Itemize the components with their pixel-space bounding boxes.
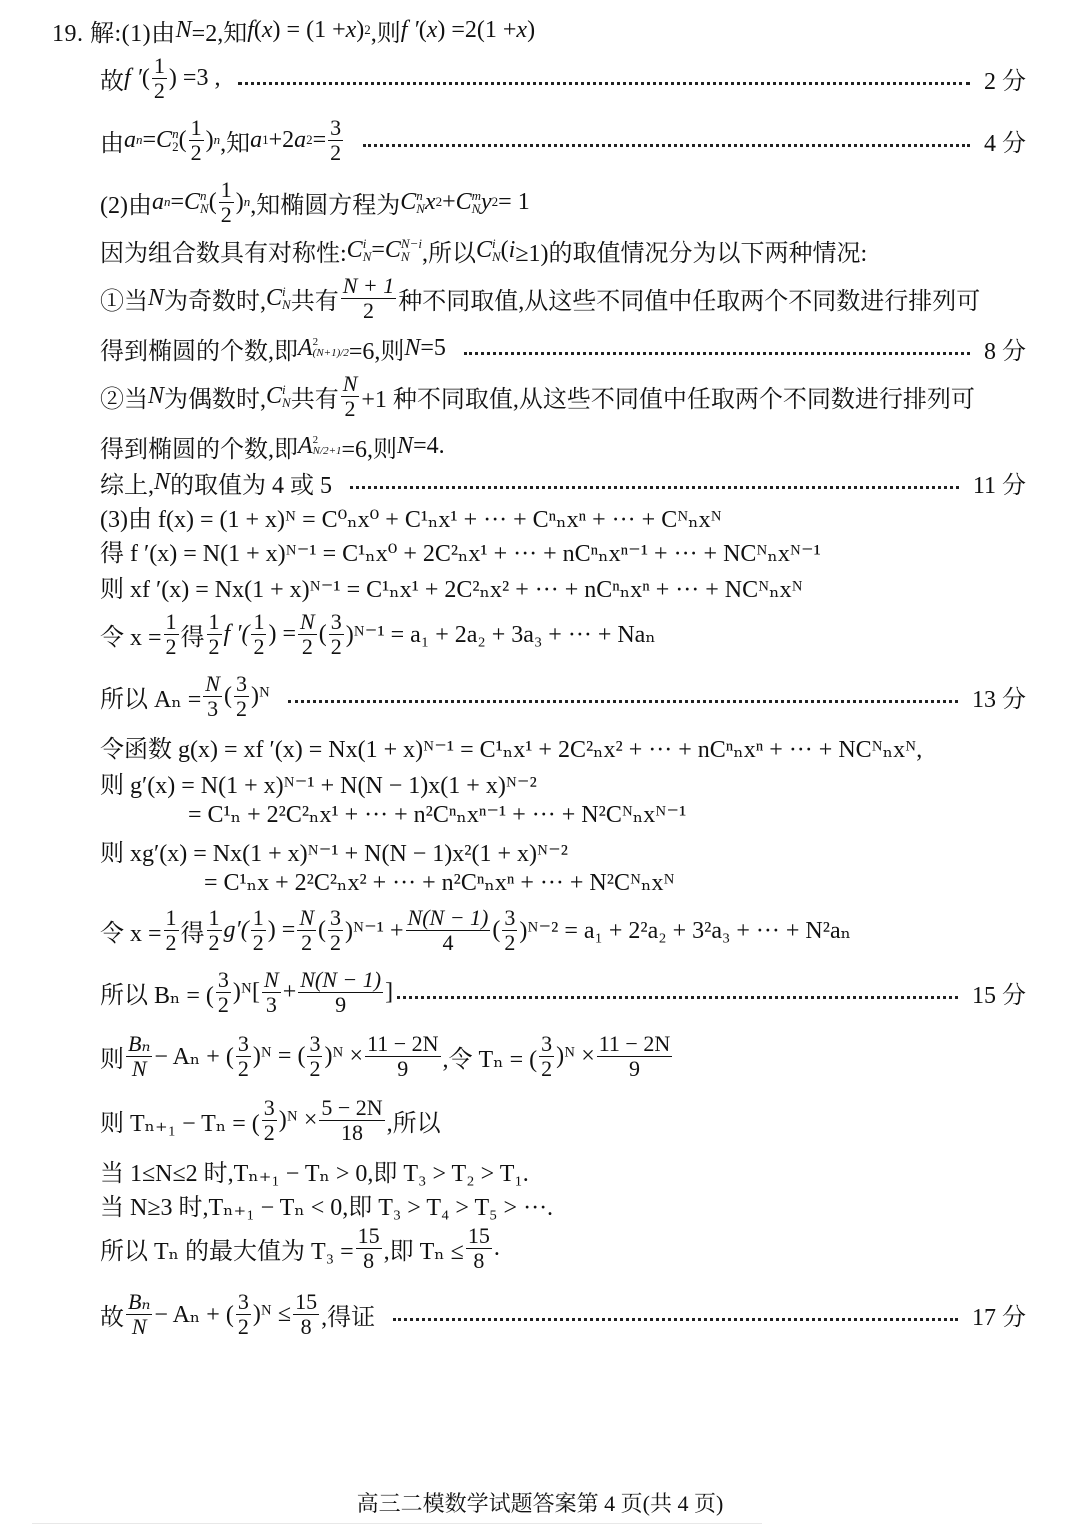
score-label: 17 分	[972, 1297, 1026, 1332]
line-text: (	[179, 127, 187, 154]
line-text: +	[442, 189, 456, 216]
line-text: 19. 解:(1)由	[52, 13, 176, 48]
var-N: N	[148, 285, 164, 312]
fraction: 32	[236, 1290, 251, 1337]
formula-text: 当 1≤N≤2 时,Tₙ₊₁ − Tₙ > 0,即 T₃ > T₂ > T₁.	[100, 1153, 529, 1188]
var-x: x	[425, 189, 436, 216]
line-text: ,所以	[422, 233, 476, 268]
line-text: 得到椭圆的个数,即	[100, 331, 298, 366]
line-text: ≥1)的取值情况分为以下两种情况:	[515, 233, 867, 268]
fraction: 32	[328, 116, 343, 163]
sup-sub-stack: nN	[416, 189, 425, 215]
line-text: 得到椭圆的个数,即	[100, 429, 298, 464]
line-text: ②当	[100, 379, 148, 414]
fraction: 11 − 2N9	[365, 1032, 440, 1079]
line-text: − Aₙ + (	[154, 1042, 233, 1071]
line-text: =6,则	[342, 429, 398, 464]
line-text: =	[371, 237, 385, 264]
var-C: C	[184, 189, 200, 216]
solution-line-28: 故 BₙN − Aₙ + ( 32 )ᴺ ≤ 158 ,得证 17 分	[100, 1294, 1026, 1334]
var-N: N	[176, 17, 192, 44]
line-text: 共有	[291, 379, 339, 414]
line-text: 所以 Bₙ = (	[100, 975, 214, 1010]
var-f-prime: f ′	[401, 17, 419, 44]
dot-leader	[350, 484, 959, 489]
var-C: C	[347, 237, 363, 264]
fraction: BₙN	[126, 1032, 152, 1079]
subscript: N	[416, 202, 425, 215]
formula-text: 当 N≥3 时,Tₙ₊₁ − Tₙ < 0,即 T₃ > T₄ > T₅ > ·…	[100, 1187, 553, 1222]
solution-line-7: 得到椭圆的个数,即 A2(N+1)/2 =6,则 N =5 8 分	[100, 328, 1026, 368]
line-text: 令 x =	[100, 617, 162, 652]
fraction: 12	[251, 610, 266, 657]
line-text: = 1	[498, 189, 530, 216]
line-text: ) =3 ,	[169, 65, 221, 92]
solution-line-22: 所以 Bₙ = ( 32 )ᴺ[ N3 + N(N − 1)9 ] 15 分	[100, 972, 1026, 1012]
var-f: f	[247, 17, 254, 44]
line-text: (2)由	[100, 185, 152, 220]
score-label: 15 分	[972, 975, 1026, 1010]
line-text: 所以 Tₙ 的最大值为 T₃ =	[100, 1231, 354, 1266]
fraction: N3	[262, 968, 281, 1015]
line-text: ) = (1 +	[273, 17, 346, 44]
fraction: 32	[328, 906, 343, 953]
formula-text: = C¹ₙ + 2²C²ₙx¹ + ··· + n²Cⁿₙxⁿ⁻¹ + ··· …	[188, 800, 686, 829]
fraction: 12	[189, 116, 204, 163]
solution-line-26: 当 N≥3 时,Tₙ₊₁ − Tₙ < 0,即 T₃ > T₄ > T₅ > ·…	[100, 1184, 553, 1224]
solution-line-27: 所以 Tₙ 的最大值为 T₃ = 158 ,即 Tₙ ≤ 158 .	[100, 1228, 500, 1268]
line-text: .	[494, 1235, 500, 1262]
line-text: (	[224, 683, 232, 710]
dot-leader	[464, 350, 970, 355]
line-text: 所以 Aₙ =	[100, 679, 201, 714]
dot-leader	[393, 1316, 958, 1321]
fraction: 32	[329, 610, 344, 657]
var-C: C	[385, 237, 401, 264]
var-C: C	[156, 127, 172, 154]
var-y: y	[481, 189, 492, 216]
fraction: N3	[203, 672, 222, 719]
score-label: 2 分	[984, 61, 1026, 96]
score-label: 13 分	[972, 679, 1026, 714]
sup-sub-stack: mN	[472, 189, 481, 215]
var-a: a	[250, 127, 262, 154]
subscript: N	[200, 202, 209, 215]
line-text: (	[419, 17, 427, 44]
line-text: )ᴺ⁻² = a₁ + 2²a₂ + 3²a₃ + ··· + N²aₙ	[519, 916, 851, 945]
line-text: )ᴺ[	[233, 979, 260, 1006]
line-text: ,知椭圆方程为	[250, 185, 400, 220]
solution-line-24: 则 Tₙ₊₁ − Tₙ = ( 32 )ᴺ × 5 − 2N18 ,所以	[100, 1100, 441, 1140]
line-text: ,得证	[321, 1297, 375, 1332]
fraction: 32	[234, 672, 249, 719]
line-text: =	[313, 127, 327, 154]
line-text: 因为组合数具有对称性:	[100, 233, 347, 268]
formula-text: 得 f ′(x) = N(1 + x)ᴺ⁻¹ = C¹ₙx⁰ + 2C²ₙx¹ …	[100, 533, 821, 568]
subscript: N	[401, 250, 422, 263]
line-text: ,知	[220, 123, 250, 158]
subscript: N/2+1	[313, 446, 342, 457]
line-text: =5	[420, 335, 446, 362]
var-A: A	[298, 335, 313, 362]
var-a: a	[294, 127, 306, 154]
sup-sub-stack: nN	[200, 189, 209, 215]
formula-text: 令函数 g(x) = xf ′(x) = Nx(1 + x)ᴺ⁻¹ = C¹ₙx…	[100, 729, 922, 764]
line-text: )	[527, 17, 535, 44]
dot-leader	[288, 698, 958, 703]
page-footer: 高三二模数学试题答案第 4 页(共 4 页)	[0, 1487, 1080, 1518]
line-text: ) =2(1 +	[437, 17, 516, 44]
line-text: (	[318, 917, 326, 944]
solution-line-6: ①当 N 为奇数时,CiN 共有 N + 12 种不同取值,从这些不同值中任取两…	[100, 278, 980, 318]
solution-line-1: 19. 解:(1)由 N=2,知f(x) = (1 +x)2,则f ′(x) =…	[52, 10, 535, 50]
sup-sub-stack: 2N/2+1	[313, 435, 342, 457]
var-f-prime: f ′	[124, 65, 142, 92]
line-text: )ᴺ⁻¹ +	[345, 916, 404, 945]
fraction: N(N − 1)4	[406, 906, 491, 953]
solution-line-12: 得 f ′(x) = N(1 + x)ᴺ⁻¹ = C¹ₙx⁰ + 2C²ₙx¹ …	[100, 530, 821, 570]
fraction: 32	[307, 1032, 322, 1079]
line-text: +1 种不同取值,从这些不同值中任取两个不同数进行排列可	[361, 379, 975, 414]
var-A: A	[298, 433, 313, 460]
var-C: C	[476, 237, 492, 264]
line-text: ,即 Tₙ ≤	[384, 1231, 464, 1266]
fraction: 12	[207, 906, 222, 953]
solution-line-18: = C¹ₙ + 2²C²ₙx¹ + ··· + n²Cⁿₙxⁿ⁻¹ + ··· …	[188, 794, 686, 834]
fraction: 32	[262, 1096, 277, 1143]
var-a: a	[152, 189, 164, 216]
fraction: N2	[297, 906, 316, 953]
sup-sub-stack: 2(N+1)/2	[313, 337, 349, 359]
line-text: ①当	[100, 281, 148, 316]
line-text: )ᴺ = (	[253, 1043, 306, 1070]
line-text: ,所以	[387, 1103, 441, 1138]
var-N: N	[397, 433, 413, 460]
line-text: ,令 Tₙ = (	[443, 1039, 538, 1074]
fraction: 32	[539, 1032, 554, 1079]
fraction: 158	[293, 1290, 319, 1337]
solution-line-14: 令 x = 12 得 12 f ′( 12 ) = N2 ( 32 )ᴺ⁻¹ =…	[100, 614, 656, 654]
line-text: 的取值为 4 或 5	[170, 465, 332, 500]
line-text: 为奇数时,	[164, 281, 266, 316]
line-text: 共有	[291, 281, 339, 316]
fraction: 11 − 2N9	[597, 1032, 672, 1079]
line-text: (	[492, 917, 500, 944]
fraction: 5 − 2N18	[319, 1096, 384, 1143]
sup-sub-stack: iN	[282, 285, 291, 311]
var-N: N	[154, 469, 170, 496]
sup-sub-stack: iN	[492, 237, 501, 263]
fraction: 32	[216, 968, 231, 1015]
solution-line-3: 由 an = Cn2( 12 )n,知 a1 +2a2 = 32 4 分	[100, 120, 1026, 160]
line-text: +	[283, 979, 297, 1006]
fraction: 12	[251, 906, 266, 953]
line-text: ) =	[268, 917, 296, 944]
var-C: C	[400, 189, 416, 216]
line-text: (	[254, 17, 262, 44]
line-text: =6,则	[349, 331, 405, 366]
var-C: C	[456, 189, 472, 216]
fraction: BₙN	[126, 1290, 152, 1337]
sup-sub-stack: N−iN	[401, 237, 422, 263]
dot-leader	[397, 994, 958, 999]
line-text: ,则	[371, 13, 401, 48]
subscript: N	[472, 202, 481, 215]
line-text: =	[143, 127, 157, 154]
var-x: x	[346, 17, 357, 44]
line-text: ]	[385, 979, 393, 1006]
fraction: 12	[164, 610, 179, 657]
solution-line-23: 则 BₙN − Aₙ + ( 32 )ᴺ = ( 32 )ᴺ × 11 − 2N…	[100, 1036, 674, 1076]
line-text: − Aₙ + (	[154, 1300, 233, 1329]
line-text: 综上,	[100, 465, 154, 500]
line-text: )ᴺ ≤	[253, 1301, 291, 1328]
solution-line-16: 令函数 g(x) = xf ′(x) = Nx(1 + x)ᴺ⁻¹ = C¹ₙx…	[100, 726, 922, 766]
line-text: =	[170, 189, 184, 216]
formula-text: (3)由 f(x) = (1 + x)ᴺ = C⁰ₙx⁰ + C¹ₙx¹ + ·…	[100, 499, 722, 534]
solution-line-21: 令 x = 12 得 12 g′( 12 ) = N2 ( 32 )ᴺ⁻¹ + …	[100, 910, 851, 950]
subscript: N	[282, 396, 291, 409]
subscript: (N+1)/2	[313, 348, 349, 359]
line-text: (	[319, 621, 327, 648]
line-text: )ᴺ	[251, 683, 270, 710]
subscript: N	[363, 250, 372, 263]
line-text: (	[142, 65, 150, 92]
line-text: )ᴺ ×	[556, 1043, 595, 1070]
line-text: )	[236, 189, 244, 216]
var-x: x	[262, 17, 273, 44]
fraction: 32	[502, 906, 517, 953]
sup-sub-stack: iN	[363, 237, 372, 263]
line-text: )ᴺ ×	[279, 1107, 318, 1134]
subscript: N	[282, 298, 291, 311]
line-text: 故	[100, 61, 124, 96]
fraction: N(N − 1)9	[298, 968, 383, 1015]
line-text: f ′(	[224, 621, 250, 648]
dot-leader	[363, 142, 970, 147]
solution-line-2: 故f ′( 12 ) =3 , 2 分	[100, 58, 1026, 98]
line-text: 令 x =	[100, 913, 162, 948]
solution-line-20: = C¹ₙx + 2²C²ₙx² + ··· + n²Cⁿₙxⁿ + ··· +…	[204, 862, 675, 902]
line-text: )	[356, 17, 364, 44]
formula-text: 则 xf ′(x) = Nx(1 + x)ᴺ⁻¹ = C¹ₙx¹ + 2C²ₙx…	[100, 569, 803, 604]
fraction: N + 12	[341, 274, 397, 321]
line-text: 则	[100, 1039, 124, 1074]
line-text: 得	[181, 913, 205, 948]
score-label: 8 分	[984, 331, 1026, 366]
solution-line-13: 则 xf ′(x) = Nx(1 + x)ᴺ⁻¹ = C¹ₙx¹ + 2C²ₙx…	[100, 566, 803, 606]
var-C: C	[266, 383, 282, 410]
line-text: =2,知	[192, 13, 248, 48]
var-N: N	[148, 383, 164, 410]
sup-sub-stack: iN	[282, 383, 291, 409]
bottom-divider	[32, 1523, 762, 1524]
score-label: 4 分	[984, 123, 1026, 158]
line-text: (	[209, 189, 217, 216]
line-text: +2	[269, 127, 295, 154]
fraction: 12	[164, 906, 179, 953]
fraction: N2	[298, 610, 317, 657]
fraction: 12	[219, 178, 234, 225]
fraction: 158	[356, 1224, 382, 1271]
line-text: 种不同取值,从这些不同值中任取两个不同数进行排列可	[398, 281, 980, 316]
line-text: 得	[181, 617, 205, 652]
line-text: 为偶数时,	[164, 379, 266, 414]
line-text: )ᴺ ×	[324, 1043, 363, 1070]
fraction: 12	[207, 610, 222, 657]
fraction: 158	[466, 1224, 492, 1271]
line-text: 故	[100, 1297, 124, 1332]
line-text: )ᴺ⁻¹ = a₁ + 2a₂ + 3a₃ + ··· + Naₙ	[346, 620, 656, 649]
var-C: C	[266, 285, 282, 312]
line-text: ) =	[268, 621, 296, 648]
line-text: =4.	[413, 433, 445, 460]
solution-line-9: 得到椭圆的个数,即 A2N/2+1 =6,则 N =4.	[100, 426, 445, 466]
line-text: )	[206, 127, 214, 154]
line-text: 则 Tₙ₊₁ − Tₙ = (	[100, 1103, 260, 1138]
solution-line-5: 因为组合数具有对称性:CiN = CN−iN,所以 CiN(i≥1)的取值情况分…	[100, 230, 867, 270]
formula-text: = C¹ₙx + 2²C²ₙx² + ··· + n²Cⁿₙxⁿ + ··· +…	[204, 868, 675, 897]
line-text: (	[501, 237, 509, 264]
line-text: g′(	[224, 917, 249, 944]
solution-line-4: (2)由 an = CnN( 12 )n,知椭圆方程为 CnNx2 + CmNy…	[100, 182, 530, 222]
fraction: N2	[341, 372, 360, 419]
var-i: i	[509, 237, 516, 264]
dot-leader	[238, 80, 970, 85]
var-N: N	[404, 335, 420, 362]
line-text: 由	[100, 123, 124, 158]
var-x: x	[427, 17, 438, 44]
solution-line-8: ②当 N 为偶数时,CiN 共有 N2 +1 种不同取值,从这些不同值中任取两个…	[100, 376, 975, 416]
solution-line-15: 所以 Aₙ = N3 ( 32 )ᴺ 13 分	[100, 676, 1026, 716]
subscript: N	[492, 250, 501, 263]
score-label: 11 分	[973, 465, 1026, 500]
fraction: 32	[236, 1032, 251, 1079]
var-a: a	[124, 127, 136, 154]
fraction: 12	[152, 54, 167, 101]
var-x: x	[516, 17, 527, 44]
